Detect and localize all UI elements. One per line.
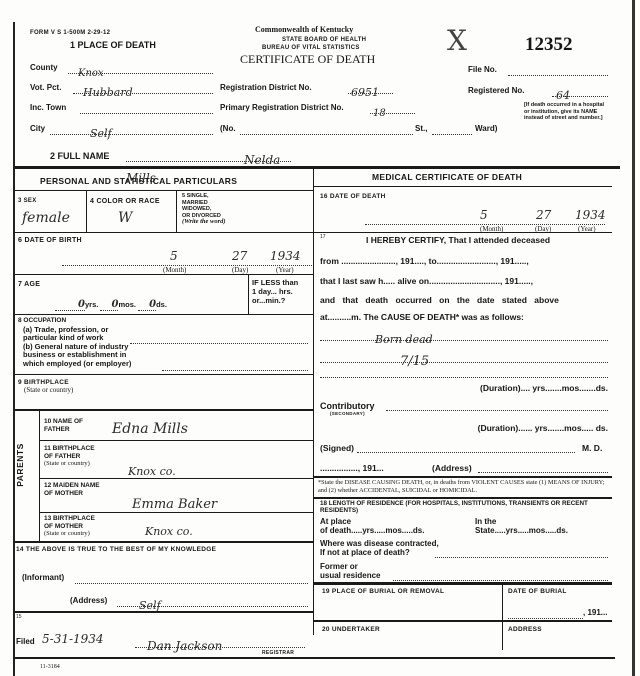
label-line: (State or country) [44, 530, 95, 538]
label-line: OF MOTHER [44, 523, 95, 531]
registered-no-value: 64 [556, 89, 570, 102]
if-less-line: 1 day... hrs. [252, 287, 298, 296]
divider [39, 440, 313, 441]
full-name-field[interactable]: Nelda Mills [126, 151, 291, 162]
vot-pct-value: Hubbard [83, 86, 133, 99]
divider [314, 497, 612, 499]
marital-label-line: (Write the word) [182, 219, 226, 226]
primary-reg-field[interactable]: 18 [370, 103, 415, 114]
registered-no-label: Registered No. [468, 86, 524, 95]
label-line: FATHER [44, 426, 83, 434]
marital-status-label: 5 SINGLE, MARRIED WIDOWED, OR DIVORCED (… [182, 193, 226, 226]
attended-from-to-line[interactable]: from ......................., 191...., t… [320, 256, 529, 266]
contributory-label: Contributory [320, 401, 375, 411]
divider [314, 476, 612, 478]
divider [176, 190, 177, 232]
birthplace-label: 9 BIRTHPLACE [18, 379, 69, 386]
label-line: If not at place of death? [320, 549, 439, 558]
divider [314, 620, 612, 622]
filing-number: 15 [16, 614, 22, 620]
reg-district-label: Registration District No. [220, 83, 312, 92]
former-residence-field[interactable] [393, 572, 608, 581]
cause-of-death-line[interactable]: at..........m. The CAUSE OF DEATH* was a… [320, 312, 524, 322]
label-line: usual residence [320, 572, 380, 581]
cause-of-death-field-2[interactable]: 7/15 [320, 352, 608, 363]
label-line: of death.....yrs.....mos.....ds. [320, 527, 424, 536]
no-label: (No. [220, 124, 236, 133]
filed-date[interactable]: 5-31-1934 [42, 632, 104, 646]
death-occurred-line: and that death occurred on the date stat… [320, 295, 559, 305]
sex-value[interactable]: female [22, 210, 70, 226]
divider [15, 541, 313, 543]
dob-label: 6 DATE OF BIRTH [18, 237, 82, 244]
divider [15, 409, 313, 411]
dod-year: 1934 [575, 208, 606, 222]
label-line: 13 BIRTHPLACE [44, 515, 95, 523]
mother-name-label: 12 MAIDEN NAME OF MOTHER [44, 482, 100, 497]
label-line: (State or country) [44, 460, 95, 468]
burial-date-year: , 191... [583, 608, 607, 617]
form-code: FORM V S 1-500M 2-29-12 [30, 30, 110, 36]
residence-at-place[interactable]: At place of death.....yrs.....mos.....ds… [320, 518, 424, 535]
month-caption: (Month) [163, 266, 186, 274]
color-label: 4 COLOR OR RACE [90, 198, 160, 205]
divider [15, 374, 313, 375]
if-less-note: IF LESS than 1 day... hrs. or...min.? [252, 278, 298, 305]
label-line: State.....yrs.....mos.....ds. [475, 527, 568, 536]
informant-field[interactable] [75, 573, 308, 584]
contributory-field[interactable] [386, 402, 608, 411]
divider [39, 478, 313, 479]
cause-of-death-value: Born dead [375, 333, 433, 346]
divider [86, 190, 87, 232]
duration-line[interactable]: (Duration).... yrs.......mos.......ds. [320, 383, 608, 393]
st-label: St., [415, 124, 427, 133]
former-residence-label: Former or usual residence [320, 563, 380, 580]
vot-pct-field[interactable]: Hubbard [73, 83, 213, 94]
parents-side-label: PARENTS [15, 443, 25, 487]
burial-date-field[interactable] [508, 610, 583, 619]
certificate-number: 12352 [525, 34, 573, 56]
ward-field[interactable] [432, 124, 472, 135]
color-value[interactable]: W [118, 210, 132, 226]
dod-month: 5 [480, 208, 488, 222]
mother-name-value[interactable]: Emma Baker [132, 497, 217, 512]
divider [314, 582, 612, 585]
age-label: 7 AGE [18, 281, 40, 288]
divider [314, 232, 612, 233]
label-line: 12 MAIDEN NAME [44, 482, 100, 490]
physician-address-label: (Address) [432, 463, 472, 473]
hospital-note: [If death occurred in a hospital or inst… [524, 102, 610, 122]
personal-heading: PERSONAL AND STATISTICAL PARTICULARS [40, 176, 237, 186]
certify-number: 17 [320, 234, 326, 240]
city-field[interactable]: Self [50, 124, 213, 135]
if-less-line: IF LESS than [252, 278, 298, 287]
file-no-label: File No. [468, 65, 497, 74]
divider [15, 166, 620, 169]
year-caption: (Year) [276, 266, 294, 274]
right-border [632, 0, 635, 676]
signed-date-line[interactable]: ................, 191... [320, 463, 384, 473]
registrar-signature: Dan Jackson [147, 639, 222, 653]
duration-line-2[interactable]: (Duration)...... yrs.......mos..... ds. [320, 423, 608, 433]
place-of-death-heading: 1 PLACE OF DEATH [70, 40, 156, 50]
if-less-line: or...min.? [252, 296, 298, 305]
signed-field[interactable] [357, 443, 575, 453]
father-name-label: 10 NAME OF FATHER [44, 418, 83, 433]
reg-district-value: 6951 [351, 86, 379, 99]
informant-address-label: (Address) [70, 596, 107, 605]
yrs-label: yrs. [85, 300, 98, 309]
mother-birthplace-value[interactable]: Knox co. [145, 525, 193, 538]
label-line: OF FATHER [44, 453, 95, 461]
informant-label: (Informant) [22, 573, 64, 582]
label-line: 11 BIRTHPLACE [44, 445, 95, 453]
divider [314, 186, 612, 187]
birthplace-sub-label: (State or country) [24, 386, 73, 394]
physician-address-field[interactable] [478, 463, 608, 473]
vot-pct-label: Vot. Pct. [30, 83, 61, 92]
filed-label: Filed [16, 637, 35, 646]
md-label: M. D. [582, 443, 602, 453]
sex-label: 3 SEX [18, 198, 37, 204]
divider [502, 584, 503, 650]
commonwealth-label: Commonwealth of Kentucky [255, 25, 353, 34]
signed-label: (Signed) [320, 443, 354, 453]
father-birthplace-label: 11 BIRTHPLACE OF FATHER (State or countr… [44, 445, 95, 468]
day-caption: (Day) [232, 266, 248, 274]
residence-in-state[interactable]: In the State.....yrs.....mos.....ds. [475, 518, 568, 535]
county-field[interactable]: Knox [68, 63, 213, 74]
primary-reg-value: 18 [373, 108, 386, 119]
mos-label: mos. [118, 300, 136, 309]
ward-label: Ward) [475, 124, 497, 133]
primary-reg-label: Primary Registration District No. [220, 103, 344, 112]
age-years-value: 0 [78, 299, 85, 310]
divider [15, 190, 313, 191]
medical-heading: MEDICAL CERTIFICATE OF DEATH [372, 172, 522, 182]
disease-contracted-label: Where was disease contracted, If not at … [320, 540, 439, 557]
undertaker-address-label: ADDRESS [508, 626, 542, 633]
divider [15, 611, 313, 613]
reg-district-field[interactable]: 6951 [348, 83, 393, 94]
divider [15, 274, 313, 275]
occupation-block: 8 OCCUPATION (a) Trade, profession, or p… [18, 317, 131, 368]
father-birthplace-value[interactable]: Knox co. [128, 465, 176, 478]
certify-text: I HEREBY CERTIFY, That I attended deceas… [366, 235, 550, 245]
certificate-title: CERTIFICATE OF DEATH [240, 52, 375, 67]
occupation-b-field[interactable] [162, 362, 308, 371]
city-value: Self [90, 127, 112, 140]
undertaker-label: 20 UNDERTAKER [322, 626, 380, 633]
registered-no-field[interactable]: 64 [552, 86, 608, 97]
cause-of-death-field[interactable]: Born dead [320, 330, 608, 341]
age-field[interactable]: 0yrs. 0mos. 0ds. [55, 299, 167, 311]
undertaker-address-field[interactable] [508, 636, 608, 650]
inc-town-field[interactable] [80, 103, 213, 114]
street-number-field[interactable] [240, 124, 413, 135]
informant-address-field[interactable]: Self [117, 596, 308, 607]
disease-contracted-field[interactable] [435, 549, 608, 558]
divider [15, 314, 313, 315]
mother-birthplace-label: 13 BIRTHPLACE OF MOTHER (State or countr… [44, 515, 95, 538]
registrar-label: REGISTRAR [262, 650, 294, 656]
last-saw-alive-line[interactable]: that I last saw h..... alive on.........… [320, 276, 533, 286]
divider [15, 232, 313, 233]
inc-town-label: Inc. Town [30, 103, 66, 112]
label-line: 10 NAME OF [44, 418, 83, 426]
divider [39, 411, 40, 541]
label-line: OF MOTHER [44, 490, 100, 498]
divider [248, 274, 249, 314]
undertaker-field[interactable] [322, 636, 498, 650]
burial-date-label: DATE OF BURIAL [508, 588, 567, 595]
burial-place-label: 19 PLACE OF BURIAL OR REMOVAL [322, 588, 444, 595]
x-mark: X [447, 24, 467, 57]
father-name-value[interactable]: Edna Mills [112, 421, 188, 437]
birthplace-field[interactable] [100, 386, 300, 398]
dod-label: 16 DATE OF DEATH [320, 193, 386, 200]
divider [15, 657, 615, 659]
file-no-field[interactable] [508, 65, 608, 76]
column-divider [313, 167, 314, 635]
bureau-label: BUREAU OF VITAL STATISTICS [262, 45, 360, 51]
burial-place-field[interactable] [322, 598, 498, 616]
full-name-label: 2 FULL NAME [50, 151, 109, 161]
informant-statement: 14 THE ABOVE IS TRUE TO THE BEST OF MY K… [16, 546, 216, 553]
secondary-label: (SECONDARY) [330, 411, 365, 416]
divider [39, 512, 313, 513]
ds-label: ds. [156, 300, 167, 309]
county-value: Knox [78, 68, 104, 79]
registrar-signature-field[interactable]: Dan Jackson [135, 637, 305, 648]
residence-heading: 18 LENGTH OF RESIDENCE (FOR HOSPITALS, I… [320, 500, 610, 514]
dob-year: 1934 [270, 249, 301, 263]
county-label: County [30, 63, 58, 72]
cause-mark: 7/15 [400, 354, 429, 369]
occupation-a-field[interactable] [130, 335, 308, 344]
dob-month: 5 [170, 249, 178, 263]
cause-of-death-field-3[interactable] [320, 369, 608, 378]
dob-day: 27 [232, 249, 247, 263]
city-label: City [30, 124, 45, 133]
board-label: STATE BOARD OF HEALTH [282, 37, 366, 43]
footer-code: 11-3184 [40, 664, 60, 670]
dod-day: 27 [536, 208, 551, 222]
left-border [13, 22, 15, 676]
occupation-b3-label: which employed (or employer) [18, 360, 131, 369]
cause-footnote: *State the DISEASE CAUSING DEATH, or, in… [318, 479, 610, 494]
